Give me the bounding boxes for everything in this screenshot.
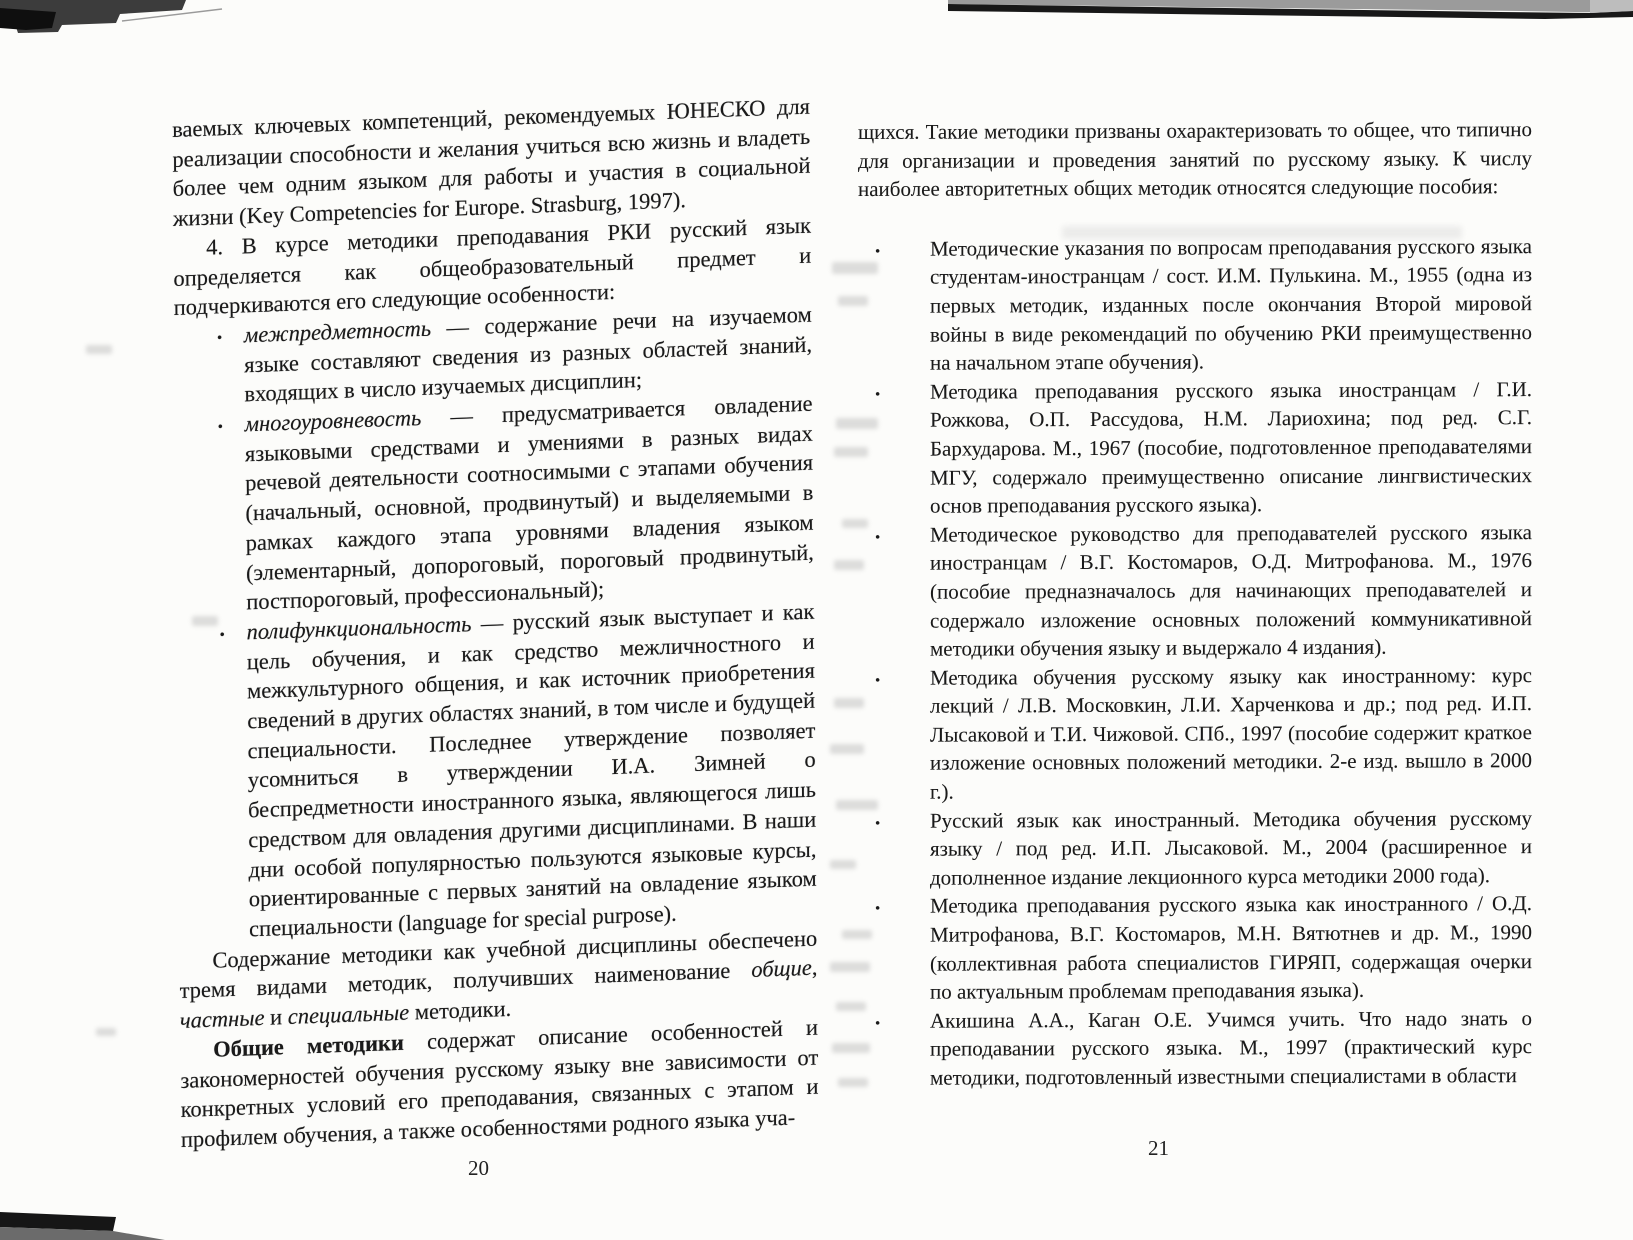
scan-artifact-top-left-dark bbox=[0, 8, 56, 30]
bibliography-list: •Методические указания по вопросам препо… bbox=[858, 232, 1532, 1093]
bleedthrough-smudge bbox=[96, 1028, 116, 1036]
page-number-right: 21 bbox=[1148, 1136, 1169, 1161]
term-italic: частные bbox=[180, 1005, 265, 1033]
list-item-text: — русский язык выступает и как цель обуч… bbox=[247, 599, 817, 942]
list-item-text: Акишина А.А., Каган О.Е. Учимся учить. Ч… bbox=[930, 1006, 1532, 1090]
list-item: •Методические указания по вопросам препо… bbox=[930, 232, 1532, 378]
scan-artifact-top-right-dark bbox=[948, 4, 1633, 19]
scanned-book-spread: ваемых ключевых компетенций, рекомендуем… bbox=[0, 0, 1633, 1240]
list-item-text: Русский язык как иностранный. Методика о… bbox=[930, 806, 1532, 890]
list-item-text: Методическое руководство для преподавате… bbox=[930, 520, 1532, 661]
term-italic: общие bbox=[751, 955, 812, 982]
bleedthrough-smudge bbox=[830, 860, 856, 869]
bullet-icon: • bbox=[875, 895, 880, 924]
bold-lead: Общие методики bbox=[213, 1030, 404, 1062]
list-item-text: Методика обучения русскому языку как ино… bbox=[930, 663, 1532, 804]
list-item-text: Методика преподавания русского языка как… bbox=[930, 891, 1532, 1003]
term-italic: межпредметность bbox=[244, 315, 431, 347]
bullet-icon: • bbox=[218, 413, 224, 443]
term-italic: полифункциональность bbox=[246, 611, 471, 644]
list-item: •многоуровневость — предусматривается ов… bbox=[245, 389, 815, 618]
feature-list: •межпредметность — содержание речи на из… bbox=[174, 300, 817, 947]
scan-artifact-bottom-left-gray bbox=[0, 1227, 165, 1240]
scan-artifact-top-right-gray bbox=[948, 0, 1633, 13]
list-item-text: Методические указания по вопросам препод… bbox=[930, 234, 1532, 375]
bullet-icon: • bbox=[875, 1010, 880, 1039]
bullet-icon: • bbox=[875, 667, 880, 696]
term-italic: специальные bbox=[288, 1000, 410, 1029]
bullet-icon: • bbox=[875, 524, 880, 553]
list-item: •Методика обучения русскому языку как ин… bbox=[930, 661, 1532, 807]
bullet-icon: • bbox=[875, 238, 880, 267]
bullet-icon: • bbox=[875, 381, 880, 410]
paragraph: щихся. Такие методики призваны охарактер… bbox=[858, 115, 1532, 204]
scan-artifact-hairline bbox=[122, 9, 222, 21]
book-page-left: ваемых ключевых компетенций, рекомендуем… bbox=[172, 92, 819, 1155]
bleedthrough-smudge bbox=[86, 345, 112, 354]
scan-artifact-top-right-corner bbox=[1590, 0, 1633, 13]
list-item: •Методика преподавания русского языка ин… bbox=[930, 375, 1532, 521]
term-italic: многоуровневость bbox=[245, 405, 422, 436]
list-item: •Методика преподавания русского языка ка… bbox=[930, 889, 1532, 1006]
scan-artifact-bottom-left-dark bbox=[0, 1212, 116, 1231]
paragraph-text: , bbox=[812, 955, 818, 980]
bullet-icon: • bbox=[217, 324, 223, 354]
list-item: •Русский язык как иностранный. Методика … bbox=[930, 804, 1532, 892]
paragraph: Общие методики содержат описание особенн… bbox=[180, 1012, 819, 1154]
paragraph-text: и bbox=[264, 1004, 288, 1030]
scan-artifact-top-left bbox=[0, 0, 186, 33]
paragraph: ваемых ключевых компетенций, рекомендуем… bbox=[172, 92, 811, 234]
page-number-left: 20 bbox=[468, 1156, 489, 1181]
list-item: •Акишина А.А., Каган О.Е. Учимся учить. … bbox=[930, 1004, 1532, 1092]
book-page-right: щихся. Такие методики призваны охарактер… bbox=[858, 115, 1532, 1093]
list-item-text: Методика преподавания русского языка ино… bbox=[930, 377, 1532, 518]
paragraph-text: методики. bbox=[409, 996, 511, 1025]
list-item: •Методическое руководство для преподават… bbox=[930, 518, 1532, 664]
bullet-icon: • bbox=[875, 810, 880, 839]
list-item: •полифункциональность — русский язык выс… bbox=[246, 597, 817, 945]
bullet-icon: • bbox=[219, 621, 225, 651]
